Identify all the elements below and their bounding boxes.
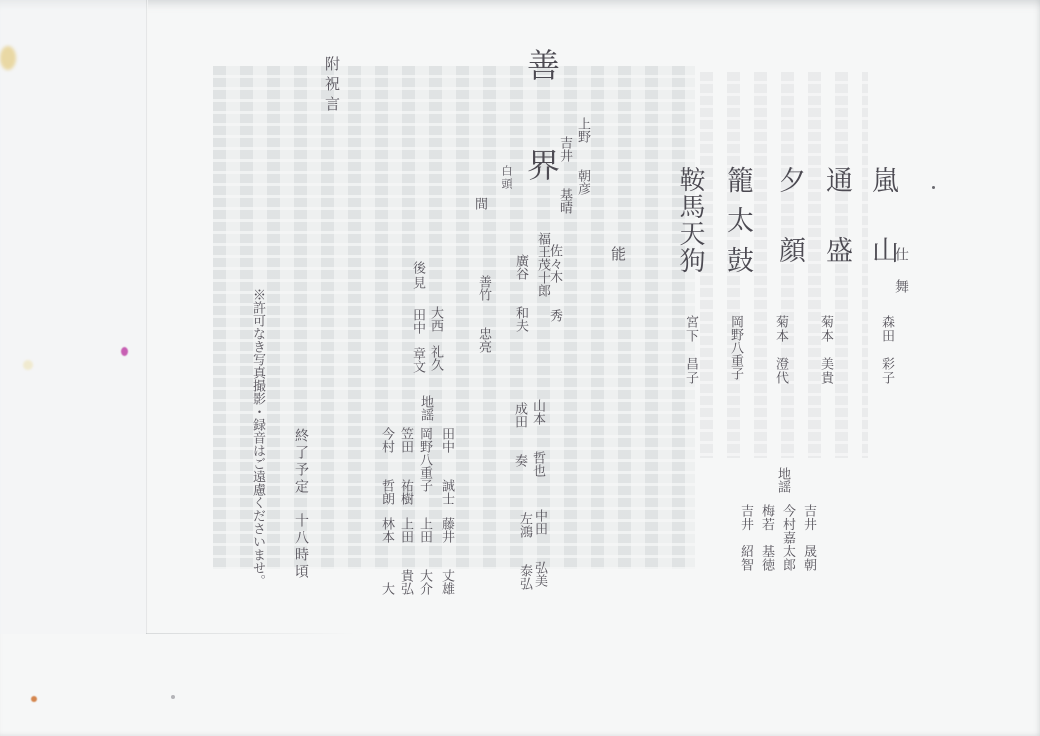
noh-jiutai-label: 地謡 <box>420 395 433 421</box>
noh-section-label: 能 <box>609 246 624 261</box>
noh-hayashi-name-1: 成田 奏 <box>514 402 527 467</box>
dark-speck <box>932 186 935 189</box>
shimai-title-kagodaiko: 籠太鼓 <box>724 166 751 286</box>
shimai-performer-3: 岡野八重子 <box>730 315 743 380</box>
gray-speck <box>171 695 175 699</box>
end-time-note: 終了予定 十八時頃 <box>293 428 307 581</box>
noh-jiutai-name-r1c3: 今村 哲朗 <box>381 427 394 505</box>
noh-shite-name: 上野 朝彦 <box>577 117 590 195</box>
shimai-jiutai-name-1: 今村嘉太郎 <box>782 504 795 572</box>
shimai-jiutai-name-2: 梅若 基徳 <box>761 504 774 572</box>
noh-koken-label: 後見 <box>412 261 425 291</box>
noh-cast-name-1: 福王茂十郎 <box>537 232 550 297</box>
noh-koken-name-0: 大西 礼久 <box>430 306 443 371</box>
noh-hayashi-name-3: 左鴻 泰弘 <box>519 512 532 590</box>
shimai-performer-4: 宮下 昌子 <box>685 315 698 385</box>
noh-cast-name-2: 廣谷 和夫 <box>515 254 528 332</box>
noh-title-zegai: 善界 <box>523 48 556 248</box>
yellow-stain <box>0 46 16 70</box>
orange-stain <box>31 696 37 702</box>
pink-stain <box>121 347 128 356</box>
noh-hayashi-name-0: 山本 哲也 <box>532 399 545 477</box>
noh-jiutai-name-r2c2: 上田 貴弘 <box>400 517 413 595</box>
noh-jiutai-name-r2c1: 上田 大介 <box>419 517 432 595</box>
faint-yellow-stain <box>23 360 33 370</box>
noh-koken-name-1: 田中 章文 <box>412 308 425 373</box>
shimai-title-michimori: 通盛 <box>823 166 850 306</box>
shimai-jiutai-name-0: 吉井 晟朝 <box>803 504 816 572</box>
noh-jiutai-name-r2c0: 藤井 丈雄 <box>441 517 454 595</box>
noh-tsure-name: 吉井 基晴 <box>559 136 572 214</box>
shimai-performer-0: 森田 彩子 <box>881 315 894 385</box>
shimai-jiutai-name-3: 吉井 紹智 <box>740 504 753 572</box>
tsukeshugen-label: 附祝言 <box>323 56 338 116</box>
fold-line-horizontal <box>146 633 356 634</box>
noh-jiutai-name-r1c1: 岡野八重子 <box>419 427 432 492</box>
shimai-jiutai-label: 地謡 <box>777 467 790 493</box>
noh-jiutai-name-r1c0: 田中 誠士 <box>441 427 454 505</box>
page-fold-strip <box>0 0 146 634</box>
noh-hayashi-name-2: 中田 弘美 <box>534 509 547 587</box>
noh-variant-hakuto: 白頭 <box>500 165 511 191</box>
scanned-program-page: 仕舞 嵐山 通盛 夕顔 籠太鼓 鞍馬天狗 森田 彩子 菊本 美貴 菊本 澄代 岡… <box>0 0 1040 736</box>
shimai-title-kurama-tengu: 鞍馬天狗 <box>677 166 703 274</box>
shimai-performer-2: 菊本 澄代 <box>775 315 788 385</box>
photography-notice: ※許可なき写真撮影・録音はご遠慮くださいませ。 <box>252 288 265 587</box>
noh-ai-name: 善竹 忠亮 <box>478 275 491 353</box>
shimai-title-yugao: 夕顔 <box>776 166 803 306</box>
shimai-title-arashiyama: 嵐山 <box>869 166 896 306</box>
noh-ai-label: 間 <box>474 197 487 210</box>
shimai-performer-1: 菊本 美貴 <box>820 315 833 385</box>
noh-jiutai-name-r1c2: 笠田 祐樹 <box>400 427 413 505</box>
noh-jiutai-name-r2c3: 林本 大 <box>381 517 394 595</box>
fold-line-vertical <box>146 0 148 634</box>
